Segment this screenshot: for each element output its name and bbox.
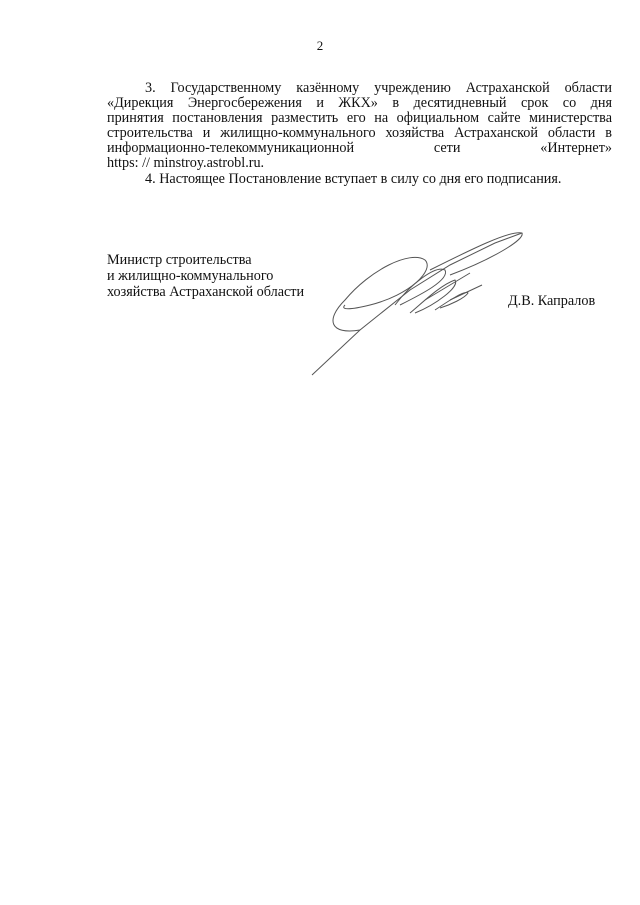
paragraph-line: 3. Государственному казённому учреждению… bbox=[107, 81, 612, 96]
signatory-title-line: Министр строительства bbox=[107, 252, 304, 268]
signatory-title: Министр строительства и жилищно-коммунал… bbox=[107, 252, 304, 300]
paragraph-line: принятия постановления разместить его на… bbox=[107, 111, 612, 126]
paragraph-line: 4. Настоящее Постановление вступает в си… bbox=[107, 172, 612, 187]
paragraph-3: 3. Государственному казённому учреждению… bbox=[107, 81, 612, 171]
paragraph-line-url: https: // minstroy.astrobl.ru. bbox=[107, 156, 612, 171]
page-number: 2 bbox=[0, 38, 640, 54]
handwritten-signature-icon bbox=[300, 225, 530, 385]
paragraph-line: строительства и жилищно-коммунального хо… bbox=[107, 126, 612, 141]
paragraph-line: информационно-телекоммуникационной сети … bbox=[107, 141, 612, 156]
signatory-title-line: хозяйства Астраханской области bbox=[107, 284, 304, 300]
paragraph-line: «Дирекция Энергосбережения и ЖКХ» в деся… bbox=[107, 96, 612, 111]
signatory-title-line: и жилищно-коммунального bbox=[107, 268, 304, 284]
signer-name: Д.В. Капралов bbox=[508, 293, 595, 310]
paragraph-4: 4. Настоящее Постановление вступает в си… bbox=[107, 172, 612, 187]
